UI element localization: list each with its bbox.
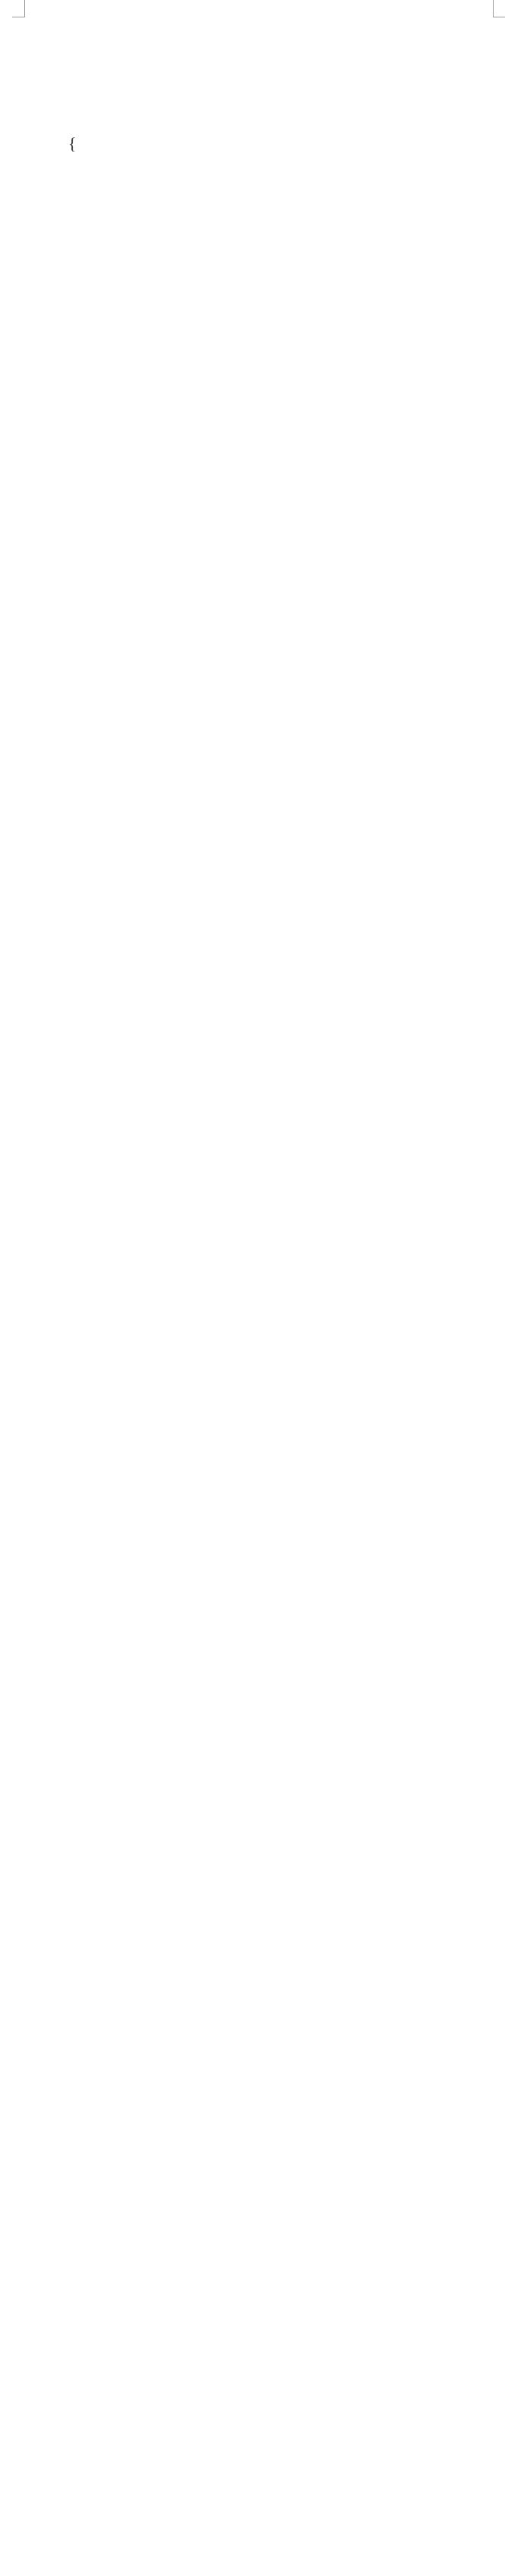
crop-mark [12,0,25,17]
crop-mark [493,0,505,17]
page-12: { [0,0,505,800]
brace: { [68,129,77,159]
